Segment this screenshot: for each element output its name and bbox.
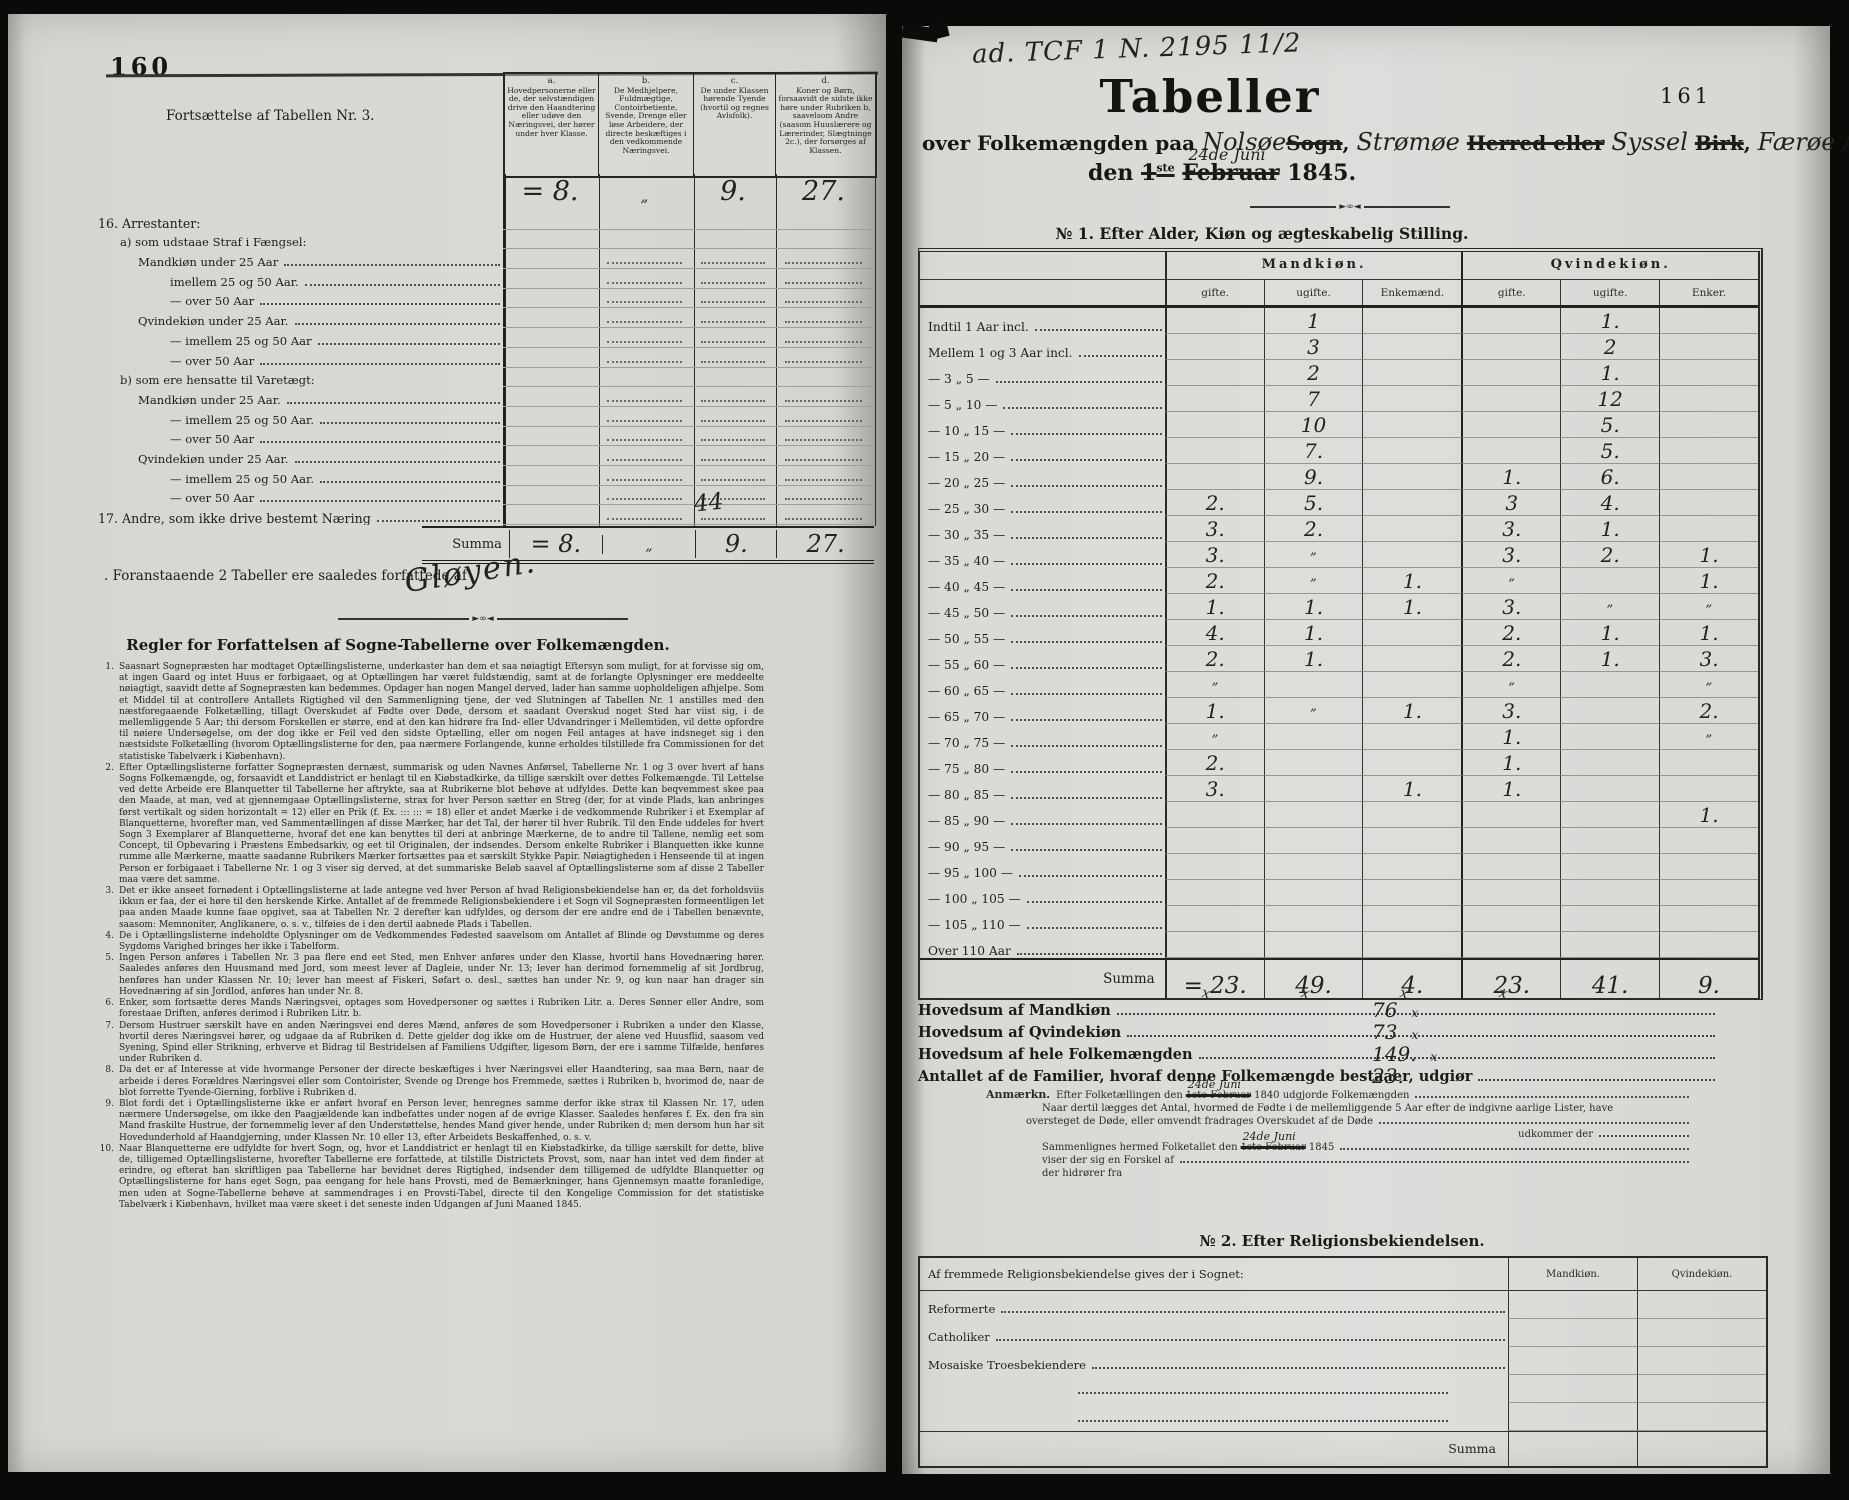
left-row-cell xyxy=(597,210,692,230)
table1-summa-row: Summa= 23.49.4.23.41.9. xyxy=(920,958,1758,998)
value-cell xyxy=(1362,620,1461,646)
dotted-leader xyxy=(260,441,500,443)
left-row-cell xyxy=(692,368,774,388)
table2-mandkion-header: Mandkiøn. xyxy=(1508,1258,1637,1290)
anm-line4: Sammenlignes hermed Folketallet den xyxy=(1042,1141,1238,1154)
dotted-fill xyxy=(607,301,681,303)
handwritten-count: 9. xyxy=(1304,467,1323,489)
table1-sub-header: gifte.ugifte.Enkemænd.gifte.ugifte.Enker… xyxy=(920,280,1758,308)
handwritten-count: 2. xyxy=(1206,649,1225,671)
handwritten-total-value: 23. xyxy=(1372,1064,1404,1088)
handwritten-count: „ xyxy=(1508,567,1515,593)
religion-row: Mosaiske Troesbekiendere xyxy=(920,1347,1766,1375)
value-cell xyxy=(1264,802,1363,828)
rule-item: 8.Da det er af Interesse at vide hvorman… xyxy=(96,1065,764,1099)
left-row-cell xyxy=(692,289,774,309)
struck-day: 1ste xyxy=(1141,160,1175,186)
left-row-cell xyxy=(597,446,692,466)
dotted-fill xyxy=(785,262,862,264)
dotted-fill xyxy=(607,479,681,481)
dotted-leader xyxy=(377,520,500,522)
value-cell xyxy=(1560,906,1659,932)
handwritten-count: „ xyxy=(1310,697,1317,723)
age-label: — 65 „ 70 — xyxy=(928,710,1005,724)
dotted-leader xyxy=(1011,589,1162,591)
religion-qvinde-cell xyxy=(1637,1403,1766,1431)
left-row-label-wrap: Mandkiøn under 25 Aar xyxy=(92,249,503,269)
handwritten-count: 2. xyxy=(1502,649,1521,671)
age-label: — 3 „ 5 — xyxy=(928,372,990,386)
left-table-row: 16. Arrestanter: xyxy=(92,210,873,230)
age-label-wrap: — 80 „ 85 — xyxy=(920,776,1165,802)
table2-qvindekion-header: Qvindekiøn. xyxy=(1637,1258,1766,1290)
left-row-cell xyxy=(774,387,873,407)
age-label-wrap: — 55 „ 60 — xyxy=(920,646,1165,672)
dotted-leader xyxy=(1011,719,1162,721)
value-cell xyxy=(1461,802,1560,828)
handwritten-count: „ xyxy=(1508,671,1515,697)
handwritten-count: 3. xyxy=(1206,545,1225,567)
value-cell xyxy=(1362,516,1461,542)
value-cell xyxy=(1560,802,1659,828)
rule-number: 10. xyxy=(96,1144,114,1211)
dotted-leader xyxy=(1199,1057,1715,1059)
value-cell xyxy=(1659,412,1758,438)
dotted-fill xyxy=(701,420,765,422)
value-cell: 1. xyxy=(1560,308,1659,334)
value-cell xyxy=(1659,880,1758,906)
handwritten-count: 3. xyxy=(1206,779,1225,801)
religion-row xyxy=(920,1375,1766,1403)
rule-text: Blot fordi det i Optællingslisterne ikke… xyxy=(119,1099,764,1144)
handwritten-value: 9. xyxy=(720,176,746,207)
value-cell xyxy=(1659,308,1758,334)
handwritten-count: „ xyxy=(1212,671,1219,697)
value-cell: 1. xyxy=(1560,646,1659,672)
dotted-leader xyxy=(1011,693,1162,695)
table1-body: Indtil 1 Aar incl.11.Mellem 1 og 3 Aar i… xyxy=(920,308,1758,958)
handwritten-count: 1. xyxy=(1601,649,1620,671)
left-table-title: Fortsættelse af Tabellen Nr. 3. xyxy=(166,108,374,124)
religion-row xyxy=(920,1403,1766,1431)
handwritten-summa-count: 41. xyxy=(1592,976,1629,998)
left-table-row: — imellem 25 og 50 Aar. xyxy=(92,466,873,486)
handwritten-value: = 8. xyxy=(522,176,579,207)
left-row-cell xyxy=(503,446,597,466)
left-table-row: — imellem 25 og 50 Aar. xyxy=(92,407,873,427)
left-row-cells xyxy=(503,505,873,525)
column-letter: b. xyxy=(601,77,691,86)
left-row-cell xyxy=(692,210,774,230)
value-cell xyxy=(1560,568,1659,594)
left-summa-value-cell: 9. xyxy=(695,530,776,558)
value-cell: „ xyxy=(1264,568,1363,594)
value-cell: 1. xyxy=(1165,594,1264,620)
age-label-wrap: — 15 „ 20 — xyxy=(920,438,1165,464)
left-row-cell xyxy=(597,289,692,309)
handwritten-count: 1. xyxy=(1403,701,1422,723)
value-cell: 1. xyxy=(1659,568,1758,594)
handwritten-count: 5. xyxy=(1601,441,1620,463)
check-mark: x xyxy=(1411,1028,1418,1042)
handwritten-count: 6. xyxy=(1601,467,1620,489)
left-table-row: Qvindekiøn under 25 Aar. xyxy=(92,446,873,466)
age-label: — 95 „ 100 — xyxy=(928,866,1013,880)
left-column-header-a: a.Hovedpersonerne eller de, der selvstæn… xyxy=(505,74,599,176)
handwritten-count: 1. xyxy=(1601,519,1620,541)
dotted-fill xyxy=(785,420,862,422)
handwritten-total-value: 149.x xyxy=(1372,1042,1437,1066)
column-description: Koner og Børn, forsaavidt de sidste ikke… xyxy=(778,87,873,156)
rule-number: 7. xyxy=(96,1021,114,1066)
value-cell: „ xyxy=(1659,594,1758,620)
left-row-label-wrap: — over 50 Aar xyxy=(92,486,503,506)
value-cell: 3. xyxy=(1461,594,1560,620)
column-letter: c. xyxy=(696,77,773,86)
left-row-label-wrap: — imellem 25 og 50 Aar. xyxy=(92,407,503,427)
left-row-cell xyxy=(774,466,873,486)
value-cell xyxy=(1264,932,1363,958)
value-cell xyxy=(1461,906,1560,932)
value-cell xyxy=(1264,776,1363,802)
left-row-cells xyxy=(503,348,873,368)
dotted-fill xyxy=(701,361,765,363)
left-row-cell xyxy=(692,230,774,250)
dotted-leader xyxy=(1078,1392,1448,1394)
value-cell xyxy=(1362,334,1461,360)
left-row-cell xyxy=(597,348,692,368)
value-cell xyxy=(1659,490,1758,516)
dotted-leader xyxy=(1011,641,1162,643)
handwritten-summa-value: „ xyxy=(645,538,652,554)
handwritten-count: 1. xyxy=(1502,753,1521,775)
religion-label: Mosaiske Troesbekiendere xyxy=(928,1358,1086,1372)
rule-text: Det er ikke anseet fornødent i Optælling… xyxy=(119,886,764,931)
left-table-row: Mandkiøn under 25 Aar xyxy=(92,249,873,269)
table2-body: ReformerteCatholikerMosaiske Troesbekien… xyxy=(920,1291,1766,1431)
handwritten-count: „ xyxy=(1310,567,1317,593)
left-row-cell xyxy=(774,505,873,525)
dotted-fill xyxy=(785,498,862,500)
value-cell xyxy=(1560,672,1659,698)
value-cell: 3. xyxy=(1659,646,1758,672)
rule-text: Efter Optællingslisterne forfatter Sogne… xyxy=(119,763,764,886)
dotted-leader xyxy=(295,323,501,325)
value-cell xyxy=(1165,828,1264,854)
left-row-cell xyxy=(692,387,774,407)
value-cell: 2. xyxy=(1560,542,1659,568)
rule-number: 1. xyxy=(96,662,114,763)
left-row-label-wrap: — over 50 Aar xyxy=(92,289,503,309)
left-row-label: a) som udstaae Straf i Fængsel: xyxy=(92,236,307,249)
anm-line3: oversteget de Døde, eller omvendt fradra… xyxy=(1026,1115,1373,1128)
value-cell xyxy=(1362,438,1461,464)
left-row-cells xyxy=(503,230,873,250)
value-cell xyxy=(1461,828,1560,854)
rule-text: Dersom Hustruer særskilt have en anden N… xyxy=(119,1021,764,1066)
left-summa-value-cell: 27. xyxy=(776,530,874,558)
value-cell xyxy=(1659,750,1758,776)
handwritten-count: 1. xyxy=(1699,571,1718,593)
total-line: Hovedsum af Mandkiøn xyxy=(918,1002,1718,1024)
dotted-leader xyxy=(1011,537,1162,539)
age-label-wrap: — 90 „ 95 — xyxy=(920,828,1165,854)
value-cell xyxy=(1461,854,1560,880)
value-cell: 3 xyxy=(1264,334,1363,360)
total-label: Hovedsum af hele Folkemængden xyxy=(918,1046,1193,1063)
handwritten-count: „ xyxy=(1607,593,1614,619)
scan-artifact xyxy=(928,20,949,40)
table1-caption: № 1. Efter Alder, Kiøn og ægteskabelig S… xyxy=(962,224,1562,243)
dotted-fill xyxy=(701,518,765,520)
dotted-leader xyxy=(1003,407,1161,409)
handwritten-count: 1. xyxy=(1304,649,1323,671)
left-row-cell xyxy=(597,230,692,250)
left-row-cells xyxy=(503,269,873,289)
value-cell: 5. xyxy=(1560,438,1659,464)
value-cell xyxy=(1165,438,1264,464)
struck-sogn: Sogn xyxy=(1286,131,1342,155)
age-label: — 90 „ 95 — xyxy=(928,840,1005,854)
handwritten-count: „ xyxy=(1310,541,1317,567)
left-row-cell xyxy=(503,289,597,309)
rule-text: Saasnart Sognepræsten har modtaget Optæl… xyxy=(119,662,764,763)
rule-item: 7.Dersom Hustruer særskilt have en anden… xyxy=(96,1021,764,1066)
divider-ornament: ►∞◄ xyxy=(1250,202,1450,212)
left-row-label-wrap: — imellem 25 og 50 Aar. xyxy=(92,466,503,486)
dotted-fill xyxy=(607,439,681,441)
value-cell xyxy=(1362,802,1461,828)
religion-label: Reformerte xyxy=(928,1302,995,1316)
left-row-cell xyxy=(692,348,774,368)
left-row-cells xyxy=(503,308,873,328)
handwritten-count: 4. xyxy=(1206,623,1225,645)
total-label: Hovedsum af Qvindekiøn xyxy=(918,1024,1121,1041)
age-label: — 40 „ 45 — xyxy=(928,580,1005,594)
value-cell xyxy=(1362,750,1461,776)
value-cell: 12 xyxy=(1560,386,1659,412)
left-row-cell xyxy=(597,407,692,427)
age-row: — 3 „ 5 —21. xyxy=(920,360,1758,386)
summa-value-cell: 49. xyxy=(1264,960,1363,998)
left-table-row: — over 50 Aar xyxy=(92,486,873,506)
left-row-cell xyxy=(503,269,597,289)
value-cell: 2. xyxy=(1165,568,1264,594)
value-cell: 9. xyxy=(1264,464,1363,490)
value-cell: 1. xyxy=(1362,698,1461,724)
value-cell xyxy=(1560,932,1659,958)
rule-number: 8. xyxy=(96,1065,114,1099)
left-table-row: — over 50 Aar xyxy=(92,289,873,309)
value-cell xyxy=(1659,854,1758,880)
age-row: — 70 „ 75 —„1.„ xyxy=(920,724,1758,750)
handwritten-count: 3 xyxy=(1307,337,1320,359)
left-row-cell xyxy=(597,308,692,328)
value-cell: 1. xyxy=(1560,360,1659,386)
value-cell: 1. xyxy=(1264,594,1363,620)
left-row-cell xyxy=(692,308,774,328)
dotted-leader xyxy=(295,461,501,463)
dotted-fill xyxy=(785,518,862,520)
dotted-leader xyxy=(1011,459,1162,461)
left-row-cell xyxy=(774,269,873,289)
dotted-fill xyxy=(701,400,765,402)
value-cell: 1. xyxy=(1659,620,1758,646)
left-row-cell xyxy=(503,466,597,486)
arrestanter-handwritten-values: = 8.„9.27. xyxy=(503,176,873,207)
left-row-label-wrap: 17. Andre, som ikke drive bestemt Næring xyxy=(92,505,503,525)
dotted-leader xyxy=(318,343,500,345)
handwritten-count: 3. xyxy=(1206,519,1225,541)
value-cell xyxy=(1461,880,1560,906)
anm-corrected-date-2: 24de Juni 1ste Februar xyxy=(1241,1141,1306,1154)
age-label: — 30 „ 35 — xyxy=(928,528,1005,542)
left-row-cells xyxy=(503,249,873,269)
left-row-label: — imellem 25 og 50 Aar xyxy=(92,335,312,348)
left-row-cell xyxy=(597,427,692,447)
left-column-header-c: c.De under Klassen hørende Tyende (hvort… xyxy=(694,74,776,176)
left-row-cells xyxy=(503,486,873,506)
left-column-header-b: b.De Medhjelpere, Fuldmægtige, Contoirbe… xyxy=(599,74,694,176)
age-label-wrap: — 105 „ 110 — xyxy=(920,906,1165,932)
summa-value-cell: 4. xyxy=(1362,960,1461,998)
age-row: — 50 „ 55 —4.1.2.1.1. xyxy=(920,620,1758,646)
handwritten-count: 2. xyxy=(1699,701,1718,723)
religion-qvinde-cell xyxy=(1637,1347,1766,1375)
value-cell: 2. xyxy=(1659,698,1758,724)
age-label-wrap: — 10 „ 15 — xyxy=(920,412,1165,438)
left-row-cell xyxy=(503,368,597,388)
religion-label-wrap: Mosaiske Troesbekiendere xyxy=(920,1347,1508,1375)
handwritten-count: 1. xyxy=(1601,363,1620,385)
left-row-label: 16. Arrestanter: xyxy=(92,217,201,230)
left-table-column-headers: a.Hovedpersonerne eller de, der selvstæn… xyxy=(503,72,877,178)
value-cell xyxy=(1362,932,1461,958)
dotted-leader xyxy=(1011,667,1162,669)
age-label: — 45 „ 50 — xyxy=(928,606,1005,620)
handwritten-summa-value: = 8. xyxy=(530,530,581,558)
anm-line2: Naar dertil lægges det Antal, hvormed de… xyxy=(1042,1102,1613,1115)
dotted-leader xyxy=(1078,1420,1448,1422)
handwritten-count: 1. xyxy=(1206,701,1225,723)
left-page: 160 Fortsættelse af Tabellen Nr. 3. a.Ho… xyxy=(8,14,886,1472)
value-cell xyxy=(1165,880,1264,906)
value-cell xyxy=(1362,360,1461,386)
age-row: — 5 „ 10 —712 xyxy=(920,386,1758,412)
religion-row: Reformerte xyxy=(920,1291,1766,1319)
dotted-fill xyxy=(701,262,765,264)
age-row: — 105 „ 110 — xyxy=(920,906,1758,932)
dotted-leader xyxy=(1011,433,1162,435)
value-cell: 1. xyxy=(1362,568,1461,594)
anm-line1: Efter Folketællingen den xyxy=(1056,1089,1183,1102)
left-row-cell xyxy=(503,486,597,506)
value-cell xyxy=(1362,724,1461,750)
value-cell: „ xyxy=(1264,698,1363,724)
dotted-leader xyxy=(1478,1079,1715,1081)
value-cell xyxy=(1461,334,1560,360)
left-summa-value-cell: „ xyxy=(602,535,696,554)
dotted-fill xyxy=(607,420,681,422)
dotted-fill xyxy=(607,400,681,402)
age-label: — 85 „ 90 — xyxy=(928,814,1005,828)
table1-group-header: Mandkiøn. Qvindekiøn. xyxy=(920,252,1758,280)
handwritten-count: 1. xyxy=(1304,597,1323,619)
divider-ornament: ►∞◄ xyxy=(338,614,628,624)
age-label: Mellem 1 og 3 Aar incl. xyxy=(928,346,1073,360)
age-label-wrap: — 40 „ 45 — xyxy=(920,568,1165,594)
left-row-cell xyxy=(597,387,692,407)
left-row-cells xyxy=(503,368,873,388)
left-column-header-d: d.Koner og Børn, forsaavidt de sidste ik… xyxy=(776,74,875,176)
total-line: Antallet af de Familier, hvoraf denne Fo… xyxy=(918,1068,1718,1090)
handwritten-count: 1 xyxy=(1307,311,1320,333)
dotted-leader xyxy=(1011,511,1162,513)
left-table-row: — imellem 25 og 50 Aar xyxy=(92,328,873,348)
dotted-fill xyxy=(607,361,681,363)
right-page-number: 161 xyxy=(1660,84,1712,108)
age-label: — 60 „ 65 — xyxy=(928,684,1005,698)
left-row-label-wrap: a) som udstaae Straf i Fængsel: xyxy=(92,230,503,250)
dotted-fill xyxy=(607,262,681,264)
value-cell xyxy=(1659,360,1758,386)
value-cell: 1. xyxy=(1461,464,1560,490)
left-row-cell xyxy=(774,446,873,466)
handwritten-count: 2. xyxy=(1601,545,1620,567)
value-cell: 3. xyxy=(1461,698,1560,724)
check-mark: x xyxy=(1411,1006,1418,1020)
left-row-cell xyxy=(774,486,873,506)
corrected-month: 24de Juni Februar xyxy=(1182,160,1279,186)
age-row: — 35 „ 40 —3.„3.2.1. xyxy=(920,542,1758,568)
left-table-row: b) som ere hensatte til Varetægt: xyxy=(92,368,873,388)
table2-summa-qvinde xyxy=(1637,1432,1766,1466)
value-cell xyxy=(1165,802,1264,828)
handwritten-count: 3. xyxy=(1502,545,1521,567)
left-row-cells xyxy=(503,427,873,447)
printed-den: den xyxy=(1088,160,1133,186)
value-cell: 1. xyxy=(1560,516,1659,542)
dotted-fill xyxy=(607,341,681,343)
left-row-cell xyxy=(774,308,873,328)
rule-item: 2.Efter Optællingslisterne forfatter Sog… xyxy=(96,763,764,886)
sub-header-ugifte: ugifte. xyxy=(1560,280,1659,305)
value-cell xyxy=(1461,360,1560,386)
left-row-cell xyxy=(692,466,774,486)
rule-number: 9. xyxy=(96,1099,114,1144)
value-cell xyxy=(1560,698,1659,724)
check-mark: x xyxy=(1431,1050,1438,1064)
value-cell: 10 xyxy=(1264,412,1363,438)
religion-row: Catholiker xyxy=(920,1319,1766,1347)
value-cell xyxy=(1362,542,1461,568)
value-cell xyxy=(1165,386,1264,412)
value-cell xyxy=(1362,828,1461,854)
age-label: — 75 „ 80 — xyxy=(928,762,1005,776)
age-row: Mellem 1 og 3 Aar incl.32 xyxy=(920,334,1758,360)
summa-value-cell: = 23. xyxy=(1165,960,1264,998)
handwritten-count: 2. xyxy=(1502,623,1521,645)
age-row: — 40 „ 45 —2.„1.„1. xyxy=(920,568,1758,594)
value-cell: 3. xyxy=(1165,542,1264,568)
value-cell xyxy=(1264,672,1363,698)
religion-mand-cell xyxy=(1508,1291,1637,1319)
left-table-row: a) som udstaae Straf i Fængsel: xyxy=(92,230,873,250)
value-cell: 1. xyxy=(1461,776,1560,802)
handwritten-count: 4. xyxy=(1601,493,1620,515)
handwritten-count: 2. xyxy=(1304,519,1323,541)
summa-value-cell: 41. xyxy=(1560,960,1659,998)
